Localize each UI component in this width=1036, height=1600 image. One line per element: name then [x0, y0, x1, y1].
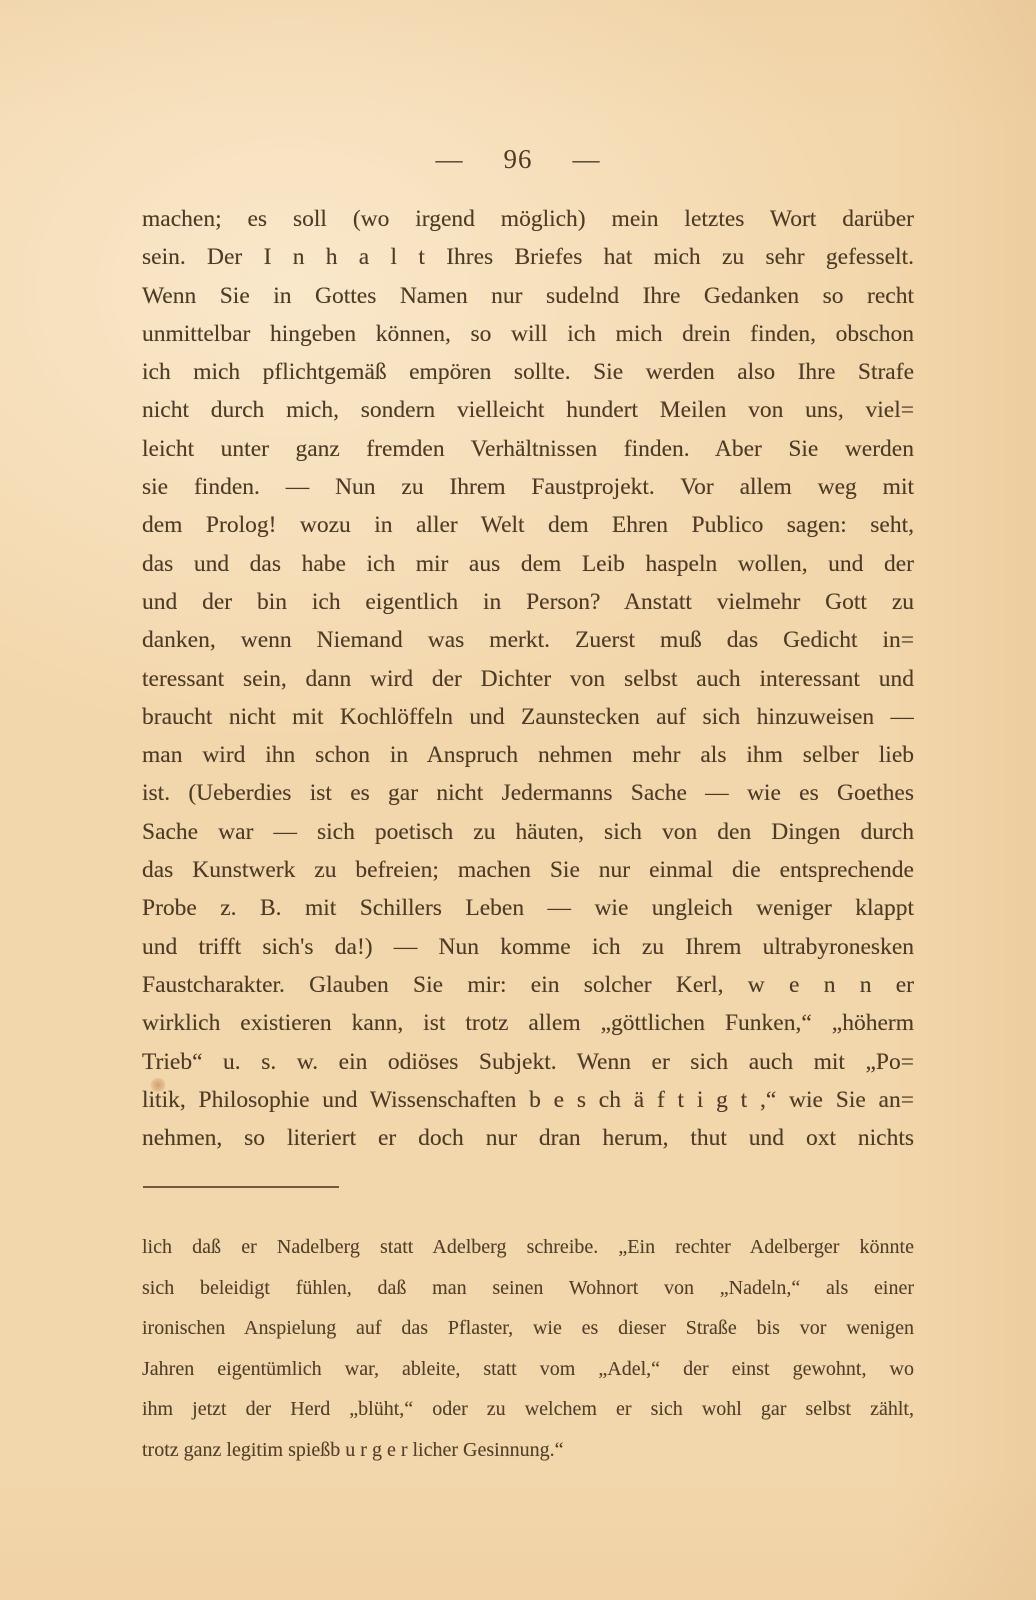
- text-line: sein. Der I n h a l t Ihres Briefes hat …: [142, 238, 914, 276]
- ink-stain: [150, 1078, 166, 1092]
- footnote-line: ironischen Anspielung auf das Pflaster, …: [142, 1308, 914, 1349]
- text-line: das Kunstwerk zu befreien; machen Sie nu…: [142, 851, 914, 889]
- text-line: Faustcharakter. Glauben Sie mir: ein sol…: [142, 966, 914, 1004]
- text-line: nehmen, so literiert er doch nur dran he…: [142, 1119, 914, 1157]
- header-left-dash: —: [436, 138, 464, 180]
- text-line: leicht unter ganz fremden Verhältnissen …: [142, 430, 914, 468]
- header-right-dash: —: [573, 138, 601, 180]
- footnote-separator: [143, 1186, 339, 1188]
- text-line: und der bin ich eigentlich in Person? An…: [142, 583, 914, 621]
- text-line: danken, wenn Niemand was merkt. Zuerst m…: [142, 621, 914, 659]
- footnote-line: lich daß er Nadelberg statt Adelberg sch…: [142, 1227, 914, 1268]
- page-header: —96—: [0, 138, 1036, 180]
- text-line: ich mich pflichtgemäß empören sollte. Si…: [142, 353, 914, 391]
- text-line: man wird ihn schon in Anspruch nehmen me…: [142, 736, 914, 774]
- footnote-line: ihm jetzt der Herd „blüht,“ oder zu welc…: [142, 1389, 914, 1430]
- footnote-block: lich daß er Nadelberg statt Adelberg sch…: [142, 1227, 914, 1471]
- footnote-line: Jahren eigentümlich war, ableite, statt …: [142, 1349, 914, 1390]
- text-line: wirklich existieren kann, ist trotz alle…: [142, 1004, 914, 1042]
- text-line: unmittelbar hingeben können, so will ich…: [142, 315, 914, 353]
- text-line: Trieb“ u. s. w. ein odiöses Subjekt. Wen…: [142, 1043, 914, 1081]
- text-line: nicht durch mich, sondern vielleicht hun…: [142, 391, 914, 429]
- text-line: machen; es soll (wo irgend möglich) mein…: [142, 200, 914, 238]
- text-line: Wenn Sie in Gottes Namen nur sudelnd Ihr…: [142, 277, 914, 315]
- text-line: teressant sein, dann wird der Dichter vo…: [142, 660, 914, 698]
- text-line: ist. (Ueberdies ist es gar nicht Jederma…: [142, 774, 914, 812]
- text-line: sie finden. — Nun zu Ihrem Faustprojekt.…: [142, 468, 914, 506]
- main-text-block: machen; es soll (wo irgend möglich) mein…: [142, 200, 914, 1157]
- footnote-line: sich beleidigt fühlen, daß man seinen Wo…: [142, 1268, 914, 1309]
- scanned-book-page: —96— machen; es soll (wo irgend möglich)…: [0, 0, 1036, 1600]
- text-line: litik, Philosophie und Wissenschaften b …: [142, 1081, 914, 1119]
- page-number: 96: [504, 138, 533, 180]
- text-line: das und das habe ich mir aus dem Leib ha…: [142, 545, 914, 583]
- text-line: braucht nicht mit Kochlöffeln und Zaunst…: [142, 698, 914, 736]
- text-line: Sache war — sich poetisch zu häuten, sic…: [142, 813, 914, 851]
- text-line: und trifft sich's da!) — Nun komme ich z…: [142, 928, 914, 966]
- footnote-line: trotz ganz legitim spießb u r g e r lich…: [142, 1430, 914, 1471]
- text-line: Probe z. B. mit Schillers Leben — wie un…: [142, 889, 914, 927]
- text-line: dem Prolog! wozu in aller Welt dem Ehren…: [142, 506, 914, 544]
